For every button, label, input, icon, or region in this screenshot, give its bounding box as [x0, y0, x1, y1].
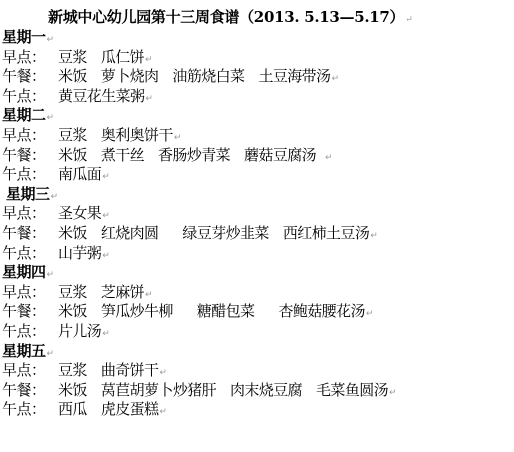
menu-item: 煮干丝: [101, 146, 144, 166]
breakfast-label: 早点：: [2, 361, 58, 381]
menu-item: 西红柿土豆汤: [283, 224, 369, 244]
snack-row: 午点：南瓜面↵: [2, 165, 512, 185]
breakfast-row: 早点：豆浆奥利奥饼干↵: [2, 126, 512, 146]
paragraph-mark-icon: ↵: [47, 270, 54, 280]
lunch-row: 午餐：米饭萝卜烧肉油筋烧白菜土豆海带汤↵: [2, 67, 512, 87]
menu-item: 红烧肉圆: [101, 224, 159, 244]
breakfast-row: 早点：圣女果↵: [2, 204, 512, 224]
menu-item: 黄豆花生菜粥: [58, 87, 144, 107]
menu-item: 南瓜面: [58, 165, 101, 185]
paragraph-mark-icon: ↵: [145, 290, 153, 300]
lunch-row: 午餐：米饭红烧肉圆绿豆芽炒韭菜西红柿土豆汤↵: [2, 224, 512, 244]
paragraph-mark-icon: ↵: [102, 172, 110, 182]
paragraph-mark-icon: ↵: [159, 368, 167, 378]
day-name: 星期三: [6, 185, 50, 203]
document-title: 新城中心幼儿园第十三周食谱（2013. 5.13—5.17）↵: [2, 6, 512, 28]
breakfast-label: 早点：: [2, 126, 58, 146]
menu-item: 圣女果: [58, 204, 101, 224]
paragraph-mark-icon: ↵: [405, 15, 412, 25]
menu-item: 油筋烧白菜: [172, 67, 244, 87]
paragraph-mark-icon: ↵: [145, 94, 153, 104]
breakfast-row: 早点：豆浆曲奇饼干↵: [2, 361, 512, 381]
paragraph-mark-icon: ↵: [174, 133, 182, 143]
paragraph-mark-icon: ↵: [102, 329, 110, 339]
snack-row: 午点：黄豆花生菜粥↵: [2, 87, 512, 107]
paragraph-mark-icon: ↵: [389, 388, 397, 398]
menu-item: 瓜仁饼: [101, 48, 144, 68]
snack-row: 午点：西瓜虎皮蛋糕↵: [2, 400, 512, 420]
menu-item: 米饭: [58, 67, 87, 87]
snack-label: 午点：: [2, 244, 58, 264]
menu-document: 新城中心幼儿园第十三周食谱（2013. 5.13—5.17）↵ 星期一↵ 早点：…: [2, 6, 512, 420]
paragraph-mark-icon: ↵: [47, 349, 54, 359]
paragraph-mark-icon: ↵: [47, 113, 54, 123]
snack-label: 午点：: [2, 322, 58, 342]
menu-item: 米饭: [58, 302, 87, 322]
menu-item: 毛菜鱼圆汤: [316, 381, 388, 401]
paragraph-mark-icon: ↵: [370, 231, 378, 241]
lunch-label: 午餐：: [2, 224, 58, 244]
paragraph-mark-icon: ↵: [102, 251, 110, 261]
paragraph-mark-icon: ↵: [51, 192, 58, 202]
breakfast-row: 早点：豆浆芝麻饼↵: [2, 283, 512, 303]
menu-item: 奥利奥饼干: [101, 126, 173, 146]
menu-item: 莴苣胡萝卜炒猪肝: [101, 381, 216, 401]
menu-item: 西瓜: [58, 400, 87, 420]
paragraph-mark-icon: ↵: [325, 153, 333, 163]
menu-item: 蘑菇豆腐汤: [244, 146, 316, 166]
menu-item: 山芋粥: [58, 244, 101, 264]
menu-item: 芝麻饼: [101, 283, 144, 303]
menu-item: 杏鲍菇腰花汤: [278, 302, 364, 322]
menu-item: 片儿汤: [58, 322, 101, 342]
lunch-label: 午餐：: [2, 381, 58, 401]
snack-row: 午点：片儿汤↵: [2, 322, 512, 342]
paragraph-mark-icon: ↵: [102, 211, 110, 221]
day-name: 星期五: [2, 342, 46, 360]
lunch-row: 午餐：米饭煮干丝香肠炒青菜蘑菇豆腐汤↵: [2, 146, 512, 166]
day-heading-wednesday: 星期三↵: [2, 185, 512, 205]
paragraph-mark-icon: ↵: [159, 407, 167, 417]
menu-item: 米饭: [58, 146, 87, 166]
menu-item: 曲奇饼干: [101, 361, 159, 381]
breakfast-label: 早点：: [2, 283, 58, 303]
lunch-label: 午餐：: [2, 67, 58, 87]
day-name: 星期四: [2, 263, 46, 281]
day-heading-thursday: 星期四↵: [2, 263, 512, 283]
menu-item: 米饭: [58, 224, 87, 244]
paragraph-mark-icon: ↵: [47, 35, 54, 45]
snack-row: 午点：山芋粥↵: [2, 244, 512, 264]
menu-item: 虎皮蛋糕: [101, 400, 159, 420]
lunch-label: 午餐：: [2, 146, 58, 166]
breakfast-row: 早点：豆浆瓜仁饼↵: [2, 48, 512, 68]
day-heading-friday: 星期五↵: [2, 342, 512, 362]
menu-item: 豆浆: [58, 126, 87, 146]
menu-item: 豆浆: [58, 283, 87, 303]
day-name: 星期一: [2, 28, 46, 46]
breakfast-label: 早点：: [2, 204, 58, 224]
menu-item: 糖醋包菜: [197, 302, 255, 322]
snack-label: 午点：: [2, 87, 58, 107]
day-name: 星期二: [2, 106, 46, 124]
snack-label: 午点：: [2, 400, 58, 420]
menu-item: 香肠炒青菜: [158, 146, 230, 166]
menu-item: 肉末烧豆腐: [230, 381, 302, 401]
menu-item: 豆浆: [58, 361, 87, 381]
lunch-row: 午餐：米饭莴苣胡萝卜炒猪肝肉末烧豆腐毛菜鱼圆汤↵: [2, 381, 512, 401]
paragraph-mark-icon: ↵: [331, 74, 339, 84]
title-text: 新城中心幼儿园第十三周食谱（2013. 5.13—5.17）: [48, 8, 404, 26]
menu-item: 米饭: [58, 381, 87, 401]
day-heading-tuesday: 星期二↵: [2, 106, 512, 126]
breakfast-label: 早点：: [2, 48, 58, 68]
menu-item: 豆浆: [58, 48, 87, 68]
paragraph-mark-icon: ↵: [145, 55, 153, 65]
menu-item: 土豆海带汤: [258, 67, 330, 87]
snack-label: 午点：: [2, 165, 58, 185]
menu-item: 绿豆芽炒韭菜: [182, 224, 268, 244]
menu-item: 笋瓜炒牛柳: [101, 302, 173, 322]
lunch-row: 午餐：米饭笋瓜炒牛柳糖醋包菜杏鲍菇腰花汤↵: [2, 302, 512, 322]
day-heading-monday: 星期一↵: [2, 28, 512, 48]
lunch-label: 午餐：: [2, 302, 58, 322]
menu-item: 萝卜烧肉: [101, 67, 159, 87]
paragraph-mark-icon: ↵: [366, 309, 374, 319]
